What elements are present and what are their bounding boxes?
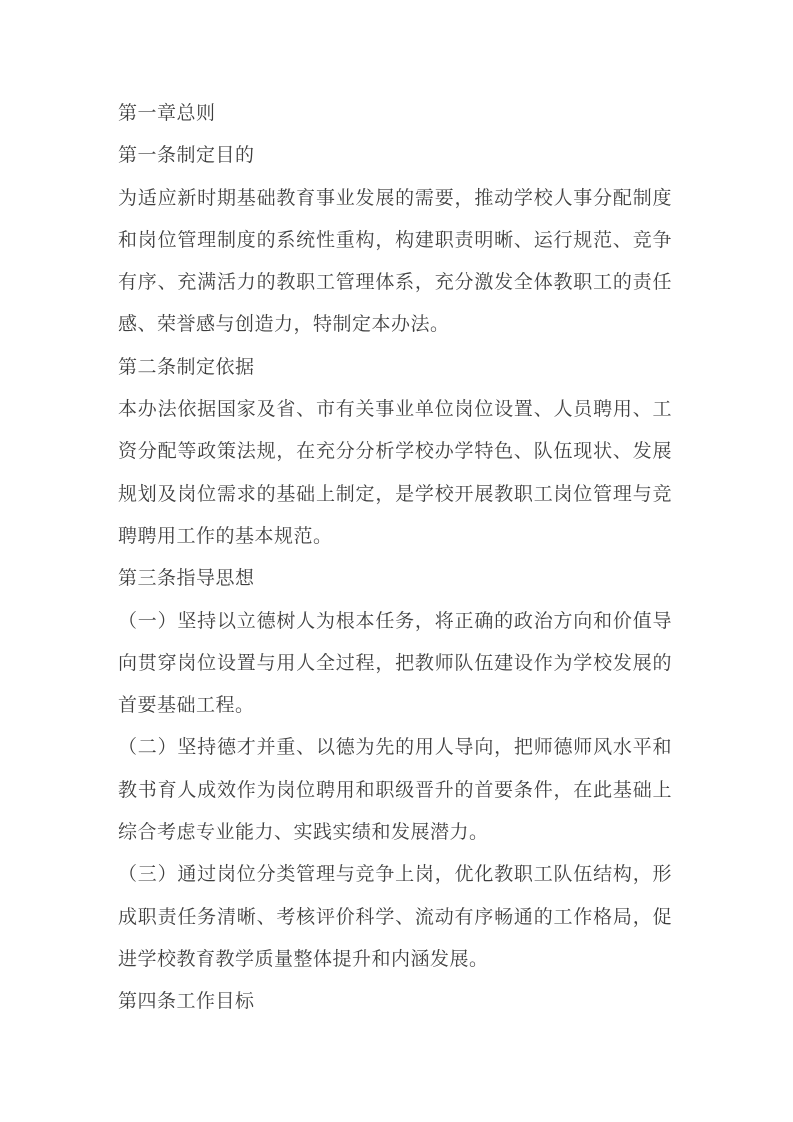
heading-line: 第一章总则	[118, 93, 672, 135]
heading-line: 第四条工作目标	[118, 981, 672, 1023]
document-body: 第一章总则第一条制定目的为适应新时期基础教育事业发展的需要，推动学校人事分配制度…	[118, 93, 672, 1024]
text-line: （三）通过岗位分类管理与竞争上岗，优化教职工队伍结构，形	[118, 854, 672, 896]
heading-line: 第三条指导思想	[118, 558, 672, 600]
heading: 第一章总则	[118, 93, 672, 135]
text-line: 感、荣誉感与创造力，特制定本办法。	[118, 304, 672, 346]
text-line: 为适应新时期基础教育事业发展的需要，推动学校人事分配制度	[118, 178, 672, 220]
text-line: 本办法依据国家及省、市有关事业单位岗位设置、人员聘用、工	[118, 389, 672, 431]
paragraph: （三）通过岗位分类管理与竞争上岗，优化教职工队伍结构，形成职责任务清晰、考核评价…	[118, 854, 672, 981]
document-page: 第一章总则第一条制定目的为适应新时期基础教育事业发展的需要，推动学校人事分配制度…	[0, 0, 793, 1122]
text-line: 综合考虑专业能力、实践实绩和发展潜力。	[118, 812, 672, 854]
paragraph: 为适应新时期基础教育事业发展的需要，推动学校人事分配制度和岗位管理制度的系统性重…	[118, 178, 672, 347]
heading-line: 第二条制定依据	[118, 347, 672, 389]
heading: 第四条工作目标	[118, 981, 672, 1023]
text-line: 进学校教育教学质量整体提升和内涵发展。	[118, 939, 672, 981]
text-line: 有序、充满活力的教职工管理体系，充分激发全体教职工的责任	[118, 262, 672, 304]
paragraph: （二）坚持德才并重、以德为先的用人导向，把师德师风水平和教书育人成效作为岗位聘用…	[118, 727, 672, 854]
paragraph: （一）坚持以立德树人为根本任务，将正确的政治方向和价值导向贯穿岗位设置与用人全过…	[118, 601, 672, 728]
text-line: 资分配等政策法规，在充分分析学校办学特色、队伍现状、发展	[118, 431, 672, 473]
heading: 第一条制定目的	[118, 135, 672, 177]
paragraph: 本办法依据国家及省、市有关事业单位岗位设置、人员聘用、工资分配等政策法规，在充分…	[118, 389, 672, 558]
text-line: 向贯穿岗位设置与用人全过程，把教师队伍建设作为学校发展的	[118, 643, 672, 685]
heading: 第二条制定依据	[118, 347, 672, 389]
text-line: 聘聘用工作的基本规范。	[118, 516, 672, 558]
text-line: （一）坚持以立德树人为根本任务，将正确的政治方向和价值导	[118, 601, 672, 643]
text-line: 教书育人成效作为岗位聘用和职级晋升的首要条件，在此基础上	[118, 770, 672, 812]
text-line: 首要基础工程。	[118, 685, 672, 727]
text-line: 规划及岗位需求的基础上制定，是学校开展教职工岗位管理与竞	[118, 474, 672, 516]
heading: 第三条指导思想	[118, 558, 672, 600]
text-line: 和岗位管理制度的系统性重构，构建职责明晰、运行规范、竞争	[118, 220, 672, 262]
text-line: 成职责任务清晰、考核评价科学、流动有序畅通的工作格局，促	[118, 897, 672, 939]
text-line: （二）坚持德才并重、以德为先的用人导向，把师德师风水平和	[118, 727, 672, 769]
heading-line: 第一条制定目的	[118, 135, 672, 177]
